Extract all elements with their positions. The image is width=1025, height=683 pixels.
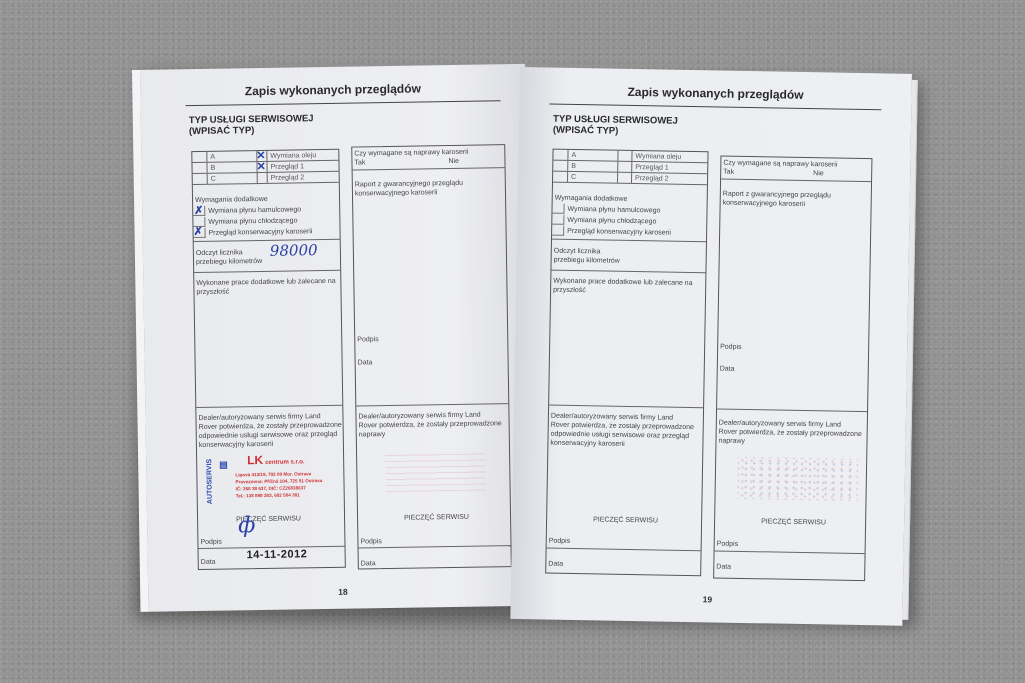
date-label: Data <box>720 365 735 374</box>
odometer-label: przebiegu kilometrów <box>554 256 620 266</box>
check-mark-icon: ✕ <box>256 162 265 172</box>
signature-handwritten: ф <box>238 521 255 530</box>
right-page: Zapis wykonanych przeglądów TYP USŁUGI S… <box>510 67 912 626</box>
extra-work-label: Wykonane prace dodatkowe lub zalecane na <box>196 277 335 288</box>
page-title: Zapis wykonanych przeglądów <box>519 83 911 104</box>
yes-label: Tak <box>723 168 734 177</box>
stamp-label: PIECZĘĆ SERWISU <box>761 517 826 527</box>
additional-item: Wymiana płynu hamulcowego <box>567 205 660 216</box>
extra-work-label: przyszłość <box>196 288 229 298</box>
check-mark-icon: ✗ <box>194 206 203 216</box>
left-page: Zapis wykonanych przeglądów TYP USŁUGI S… <box>132 64 533 612</box>
service-form-left-column: A Wymiana oleju B Przegląd 1 C Przegląd … <box>545 149 708 577</box>
odometer-label: przebiegu kilometrów <box>196 257 262 267</box>
type-row: C Przegląd 2 <box>193 172 339 185</box>
date-label: Data <box>201 558 216 567</box>
type-row: C Przegląd 2 <box>553 172 707 186</box>
service-type-heading: TYP USŁUGI SERWISOWEJ (WPISAĆ TYP) <box>189 113 314 137</box>
odometer-value-handwritten: 98000 <box>270 246 318 256</box>
page-number: 19 <box>703 594 713 604</box>
service-form-left-column: A ✕ Wymiana oleju B ✕ Przegląd 1 C Przeg… <box>191 149 346 570</box>
stamp-label: PIECZĘĆ SERWISU <box>404 513 469 523</box>
signature-label: Podpis <box>200 538 222 547</box>
signature-label: Podpis <box>360 537 382 546</box>
additional-item: Wymiana płynu chłodzącego <box>208 216 297 226</box>
date-label: Data <box>548 560 563 569</box>
title-divider <box>186 100 501 106</box>
date-label: Data <box>358 358 373 367</box>
service-type-heading: TYP USŁUGI SERWISOWEJ (WPISAĆ TYP) <box>553 114 678 138</box>
service-type-heading-line2: (WPISAĆ TYP) <box>189 124 314 137</box>
page-number: 18 <box>338 587 348 597</box>
stamp-show-through <box>385 451 486 493</box>
service-form-right-column: Czy wymagane są naprawy karoserii Tak Ni… <box>351 144 512 569</box>
yes-label: Tak <box>354 158 365 167</box>
additional-item: Przegląd konserwacyjny karoserii <box>567 227 671 238</box>
additional-item: Wymiana płynu hamulcowego <box>208 205 301 215</box>
service-date-handwritten: 14-11-2012 <box>247 550 308 560</box>
date-label: Data <box>716 563 731 572</box>
report-label: konserwacyjnego karoserii <box>723 199 806 209</box>
body-repairs-question: Czy wymagane są naprawy karoserii <box>723 159 837 170</box>
stamp-label: PIECZĘĆ SERWISU <box>593 515 658 525</box>
extra-work-label: przyszłość <box>553 286 586 296</box>
additional-item: Wymiana płynu chłodzącego <box>567 216 656 227</box>
check-mark-icon: ✕ <box>256 151 265 161</box>
report-label: konserwacyjnego karoserii <box>355 188 438 198</box>
no-label: Nie <box>813 169 824 178</box>
additional-heading: Wymagania dodatkowe <box>555 194 628 204</box>
check-mark-icon: ✗ <box>193 227 202 237</box>
no-label: Nie <box>448 157 459 166</box>
title-divider <box>549 104 881 111</box>
signature-label: Podpis <box>717 540 739 549</box>
service-form-right-column: Czy wymagane są naprawy karoserii Tak Ni… <box>713 156 872 582</box>
signature-label: Podpis <box>549 537 571 546</box>
additional-item: Przegląd konserwacyjny karoserii <box>209 227 313 238</box>
service-stamp: AUTOSERVIS ▤ LK centrum s.r.o. Lipová 41… <box>205 455 331 502</box>
signature-label: Podpis <box>720 343 742 352</box>
stamp-show-through <box>737 457 858 501</box>
signature-label: Podpis <box>357 335 379 344</box>
page-title: Zapis wykonanych przeglądów <box>140 80 525 100</box>
date-label: Data <box>361 559 376 568</box>
additional-heading: Wymagania dodatkowe <box>195 195 268 205</box>
